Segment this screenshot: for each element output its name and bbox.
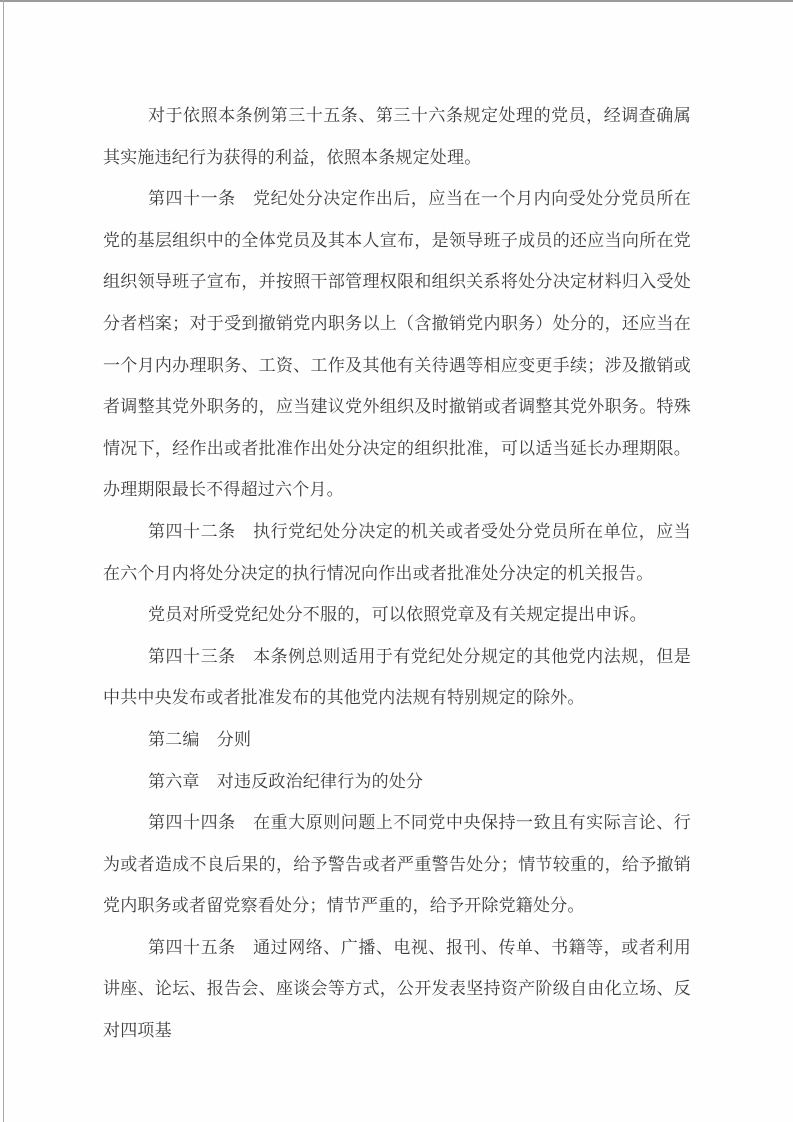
para-article-42: 第四十二条 执行党纪处分决定的机关或者受处分党员所在单位，应当在六个月内将处分决…: [103, 511, 691, 594]
para-article-43: 第四十三条 本条例总则适用于有党纪处分规定的其他党内法规，但是中共中央发布或者批…: [103, 636, 691, 719]
document-page: 对于依照本条例第三十五条、第三十六条规定处理的党员，经调查确属其实施违纪行为获得…: [0, 0, 793, 1122]
heading-chapter-six: 第六章 对违反政治纪律行为的处分: [103, 761, 691, 803]
para-article-41: 第四十一条 党纪处分决定作出后，应当在一个月内向受处分党员所在党的基层组织中的全…: [103, 178, 691, 511]
para-article-44: 第四十四条 在重大原则问题上不同党中央保持一致且有实际言论、行为或者造成不良后果…: [103, 802, 691, 927]
para-appeal-clause: 党员对所受党纪处分不服的，可以依照党章及有关规定提出申诉。: [103, 594, 691, 636]
para-article-45: 第四十五条 通过网络、广播、电视、报刊、传单、书籍等，或者利用讲座、论坛、报告会…: [103, 927, 691, 1052]
document-body-text: 对于依照本条例第三十五条、第三十六条规定处理的党员，经调查确属其实施违纪行为获得…: [103, 95, 691, 1052]
page-left-edge-line: [3, 0, 4, 1122]
page-top-edge-line: [0, 0, 793, 2]
para-disposal-of-benefits: 对于依照本条例第三十五条、第三十六条规定处理的党员，经调查确属其实施违纪行为获得…: [103, 95, 691, 178]
heading-part-two: 第二编 分则: [103, 719, 691, 761]
